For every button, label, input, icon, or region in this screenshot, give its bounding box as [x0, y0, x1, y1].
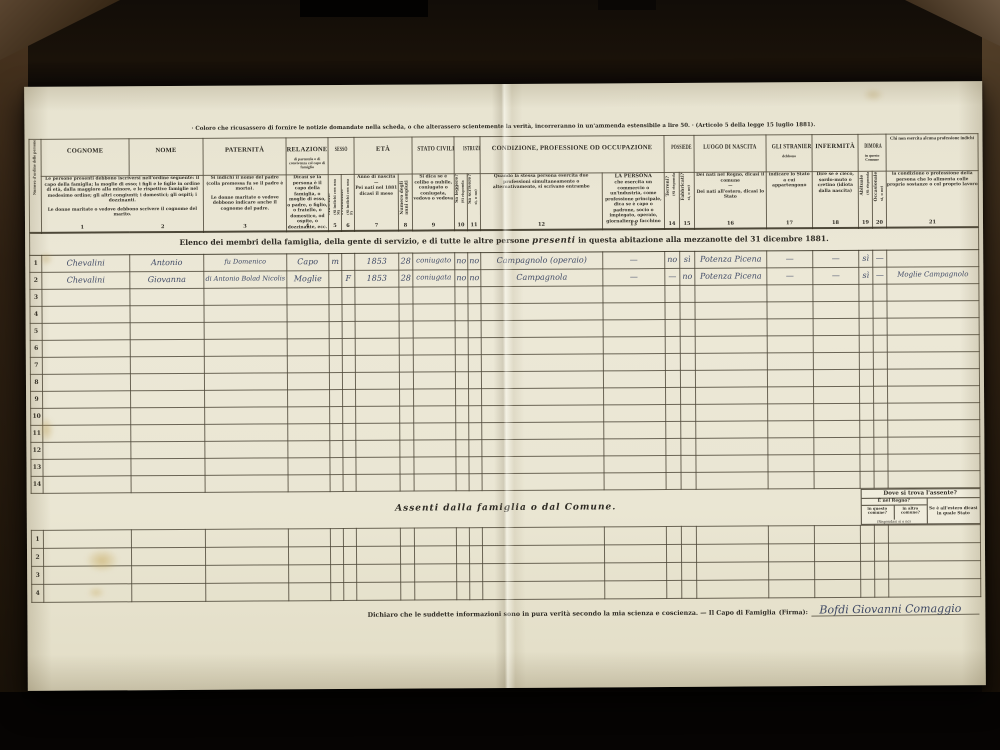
cell-n: 1	[30, 255, 42, 272]
cell-chi	[888, 402, 980, 420]
cell-luogo	[696, 438, 768, 455]
cell-abituale	[860, 471, 874, 488]
cell-occasionale	[874, 420, 888, 437]
cell-nome: Giovanna	[130, 271, 204, 288]
cell-anni	[400, 423, 414, 440]
cell-occasionale	[873, 318, 887, 335]
cell-persona	[604, 421, 666, 438]
cell-empty	[482, 527, 604, 546]
instr-cognome-nome: Le persone presenti debbono iscriversi n…	[41, 175, 203, 232]
cell-stranieri: —	[767, 267, 813, 284]
cell-empty	[415, 563, 457, 581]
cell-condizione	[481, 286, 603, 304]
cell-paternita: di Antonio Bolad Nicolis	[204, 270, 287, 288]
cell-anni	[400, 474, 414, 491]
cell-abituale: sì	[859, 267, 873, 284]
cell-abituale	[860, 437, 874, 454]
instr-abituale: Abituale(Si risponda 19	[858, 171, 872, 228]
cell-fabbricati	[681, 404, 696, 421]
cell-paternita	[204, 372, 287, 390]
cell-paternita	[205, 474, 288, 492]
cell-condizione	[481, 388, 603, 406]
cell-anni	[399, 389, 413, 406]
cell-stranieri	[768, 454, 814, 471]
cell-stranieri	[767, 301, 813, 318]
cell-persona	[604, 455, 666, 472]
cell-f	[343, 440, 356, 457]
cell-stranieri	[767, 352, 813, 369]
cell-empty	[288, 546, 330, 564]
cell-legge	[455, 371, 468, 388]
cell-nome	[130, 339, 204, 356]
instr-luogo-nascita: Dei nati nel Regno, dicasi il comune—Dei…	[694, 172, 766, 229]
cell-infermita: —	[813, 267, 859, 284]
cell-infermita	[813, 318, 859, 335]
cell-n: 8	[30, 374, 42, 391]
cell-terreni	[665, 319, 680, 336]
cell-n: 14	[31, 476, 43, 493]
cell-stranieri	[767, 284, 813, 301]
absent-table: 1234	[31, 524, 981, 603]
cell-n: 1	[31, 530, 43, 548]
cell-stranieri	[768, 420, 814, 437]
cell-empty	[456, 545, 469, 563]
cell-stato	[414, 473, 456, 490]
cell-anno: 1853	[355, 253, 399, 270]
cell-fabbricati: sì	[680, 251, 695, 268]
cell-stato	[413, 286, 455, 303]
cell-relazione	[287, 355, 329, 372]
cell-empty	[414, 545, 456, 563]
cell-empty	[888, 542, 980, 561]
cell-luogo	[695, 285, 767, 302]
cell-luogo	[696, 472, 768, 489]
cell-infermita	[813, 284, 859, 301]
census-rows: 1ChevaliniAntoniofu DomenicoCapom185328c…	[30, 249, 980, 493]
cell-cognome	[42, 305, 130, 323]
cell-nome	[130, 322, 204, 339]
cell-persona	[603, 370, 665, 387]
cell-empty	[483, 563, 605, 582]
cell-anni	[399, 321, 413, 338]
cell-cognome: Chevalini	[42, 254, 130, 272]
cell-empty	[469, 545, 482, 563]
dove-in-altro-comune: in altro comune?	[894, 505, 926, 519]
cell-empty	[456, 527, 469, 545]
cell-stato	[414, 456, 456, 473]
cell-relazione	[287, 304, 329, 321]
cell-empty	[288, 528, 330, 546]
cell-legge	[455, 354, 468, 371]
cell-chi	[887, 300, 979, 318]
cell-stranieri	[768, 386, 814, 403]
cell-condizione: Campagnolo (operaio)	[481, 252, 603, 270]
cell-abituale: sì	[859, 250, 873, 267]
cell-scrive	[469, 439, 482, 456]
cell-anno	[356, 406, 400, 423]
cell-empty	[889, 578, 981, 597]
cell-fabbricati	[681, 472, 696, 489]
cell-condizione	[482, 405, 604, 423]
cell-cognome	[42, 339, 130, 357]
cell-m	[329, 372, 342, 389]
cell-cognome	[43, 424, 131, 442]
cell-terreni	[666, 472, 681, 489]
instr-sa-leggere: Sa leggere?(Si risponda 10	[454, 174, 467, 231]
cell-paternita	[205, 457, 288, 475]
cell-stato	[413, 320, 455, 337]
cell-empty	[131, 547, 205, 565]
cell-empty	[356, 528, 400, 546]
instr-terreni: Terreni?(Si risponda 14	[664, 173, 679, 230]
cell-empty	[400, 528, 414, 546]
cell-abituale	[860, 420, 874, 437]
cell-luogo	[695, 302, 767, 319]
cell-empty	[769, 579, 815, 597]
cell-stato	[414, 405, 456, 422]
cell-m	[329, 321, 342, 338]
cell-terreni	[666, 421, 681, 438]
cell-luogo	[696, 387, 768, 404]
instr-occasionale: Occasionalesì, o no) 20	[872, 171, 886, 228]
cell-infermita	[813, 301, 859, 318]
cell-occasionale: —	[873, 250, 887, 267]
cell-anni	[400, 440, 414, 457]
cell-fabbricati	[680, 336, 695, 353]
cell-anno	[356, 440, 400, 457]
cell-legge	[456, 456, 469, 473]
cell-luogo	[696, 404, 768, 421]
cell-empty	[206, 582, 289, 601]
cell-luogo	[695, 319, 767, 336]
cell-chi	[887, 283, 979, 301]
cell-infermita	[814, 471, 860, 488]
cell-empty	[667, 562, 682, 580]
cell-stato	[413, 388, 455, 405]
cell-infermita: —	[813, 250, 859, 267]
cell-empty	[470, 581, 483, 599]
cell-empty	[43, 529, 131, 548]
cell-condizione	[482, 473, 604, 491]
cell-scrive	[468, 303, 481, 320]
cell-n: 3	[30, 289, 42, 306]
instr-relazione: Dicasi se la persona è il capo della fam…	[286, 175, 328, 232]
instr-anni-compiuti: Numero degli anni compiuti 8	[398, 174, 412, 231]
cell-empty	[682, 580, 697, 598]
cell-paternita	[205, 440, 288, 458]
instr-paternita: Si indichi il nome del padre (colla prem…	[203, 175, 286, 232]
cell-empty	[401, 582, 415, 600]
cell-empty	[697, 580, 769, 598]
cell-empty	[43, 547, 131, 566]
cell-occasionale	[873, 335, 887, 352]
cell-paternita	[205, 423, 288, 441]
cell-stranieri: —	[767, 250, 813, 267]
cell-n: 4	[30, 306, 42, 323]
cell-empty	[44, 565, 132, 584]
cell-empty	[768, 543, 814, 561]
cell-stato: coniugato	[413, 252, 455, 269]
cell-empty	[861, 579, 875, 597]
cell-abituale	[860, 386, 874, 403]
cell-legge: no	[455, 252, 468, 269]
cell-terreni	[665, 353, 680, 370]
cell-persona	[603, 353, 665, 370]
cell-persona	[604, 404, 666, 421]
cell-cognome	[42, 373, 130, 391]
cell-cognome	[43, 475, 131, 493]
cell-empty	[457, 581, 470, 599]
cell-f	[342, 287, 355, 304]
cell-m	[330, 440, 343, 457]
cell-cognome	[42, 322, 130, 340]
col-header-stato-civile: STATO CIVILE	[412, 137, 454, 174]
col-header-infermita: INFERMITÀ	[812, 134, 858, 171]
cell-relazione: Capo	[287, 253, 329, 270]
cell-fabbricati	[680, 353, 695, 370]
cell-abituale	[859, 318, 873, 335]
cell-legge	[456, 422, 469, 439]
instr-sa-scrivere: Sa scrivere?sì, o no) 11	[467, 174, 480, 231]
col-header-condizione: CONDIZIONE, PROFESSIONE OD OCCUPAZIONE	[480, 136, 664, 174]
cell-m	[329, 338, 342, 355]
cell-scrive	[468, 337, 481, 354]
census-form-sheet: · Coloro che ricusassero di fornire le n…	[24, 81, 986, 691]
cell-nome	[131, 407, 205, 424]
cell-anno	[355, 287, 399, 304]
cell-persona	[604, 438, 666, 455]
cell-legge: no	[455, 269, 468, 286]
cell-empty	[414, 527, 456, 545]
cell-fabbricati	[680, 285, 695, 302]
cell-terreni	[666, 438, 681, 455]
cell-occasionale	[873, 352, 887, 369]
cell-empty	[344, 582, 357, 600]
instr-sesso-maschile: Maschile(Si indichi con una M) 5	[328, 175, 341, 232]
cell-f	[342, 304, 355, 321]
cell-paternita	[204, 355, 287, 373]
cell-terreni	[665, 370, 680, 387]
cell-f	[342, 338, 355, 355]
background-shadow	[0, 0, 1000, 86]
cell-relazione	[288, 406, 330, 423]
cell-empty	[696, 544, 768, 562]
cell-n: 11	[31, 425, 43, 442]
cell-n: 12	[31, 442, 43, 459]
cell-persona	[603, 285, 665, 302]
cell-empty	[205, 546, 288, 565]
cell-paternita	[204, 304, 287, 322]
cell-scrive	[469, 473, 482, 490]
cell-n: 13	[31, 459, 43, 476]
cell-anno	[355, 372, 399, 389]
cell-fabbricati	[680, 302, 695, 319]
cell-nome	[130, 288, 204, 305]
cell-empty	[289, 564, 331, 582]
dove-regno-column: È nel Regno? in questo comune? in altro …	[861, 498, 927, 523]
cell-fabbricati	[680, 319, 695, 336]
backdrop-notch	[598, 0, 656, 10]
instr-infermita: Dire se è cieco, sordo-muto o cretino (i…	[812, 171, 858, 228]
cell-legge	[455, 388, 468, 405]
cell-nome: Antonio	[130, 254, 204, 271]
cell-f	[342, 321, 355, 338]
cell-m	[330, 457, 343, 474]
cell-n: 2	[30, 272, 42, 289]
cell-f	[343, 406, 356, 423]
cell-empty	[604, 526, 666, 544]
cell-empty	[206, 564, 289, 583]
paper-stain	[862, 88, 884, 102]
cell-f	[343, 474, 356, 491]
cell-cognome	[43, 407, 131, 425]
cell-empty	[343, 528, 356, 546]
cell-empty	[889, 560, 981, 579]
cell-occasionale	[874, 454, 888, 471]
col-header-istruzione: ISTRUZIONE	[454, 137, 480, 174]
cell-relazione	[287, 372, 329, 389]
declaration-line: Dichiaro che le suddette informazioni so…	[32, 603, 981, 621]
cell-empty	[681, 544, 696, 562]
cell-scrive	[468, 388, 481, 405]
instr-condizione: Quando la stessa persona esercita due pr…	[480, 173, 602, 230]
cell-abituale	[859, 301, 873, 318]
cell-anno	[355, 321, 399, 338]
cell-empty	[667, 580, 682, 598]
cell-infermita	[814, 454, 860, 471]
declaration-text: Dichiaro che le suddette informazioni so…	[368, 609, 776, 618]
cell-empty	[604, 544, 666, 562]
cell-anni	[399, 287, 413, 304]
cell-condizione	[482, 439, 604, 457]
cell-terreni	[666, 404, 681, 421]
cell-persona: —	[603, 251, 665, 268]
cell-stranieri	[767, 335, 813, 352]
cell-f	[342, 389, 355, 406]
cell-persona	[603, 302, 665, 319]
cell-occasionale	[873, 369, 887, 386]
cell-persona	[603, 387, 665, 404]
cell-condizione: Campagnola	[481, 269, 603, 287]
cell-scrive	[468, 371, 481, 388]
col-header-chi-non-esercita: Chi non esercita alcuna professione indi…	[886, 134, 978, 172]
cell-relazione	[288, 440, 330, 457]
cell-scrive	[468, 286, 481, 303]
cell-empty	[681, 526, 696, 544]
cell-scrive: no	[468, 252, 481, 269]
cell-nome	[131, 475, 205, 492]
cell-cognome	[43, 441, 131, 459]
cell-scrive	[469, 456, 482, 473]
cell-anni	[399, 372, 413, 389]
dove-in-questo-comune: in questo comune?	[861, 505, 894, 519]
cell-empty	[289, 582, 331, 600]
cell-terreni	[665, 302, 680, 319]
cell-stato	[414, 439, 456, 456]
col-header-possiede: POSSIEDE	[664, 135, 694, 172]
cell-empty	[356, 546, 400, 564]
cell-fabbricati	[681, 421, 696, 438]
cell-cognome	[42, 288, 130, 306]
cell-infermita	[814, 403, 860, 420]
cell-n: 5	[30, 323, 42, 340]
cell-occasionale: —	[873, 267, 887, 284]
cell-empty	[470, 563, 483, 581]
cell-empty	[605, 580, 667, 598]
cell-cognome	[43, 458, 131, 476]
cell-cognome	[42, 390, 130, 408]
cell-occasionale	[873, 301, 887, 318]
cell-scrive	[468, 320, 481, 337]
cell-chi	[887, 334, 979, 352]
cell-m	[330, 474, 343, 491]
cell-luogo	[696, 421, 768, 438]
cell-empty	[814, 525, 860, 543]
cell-empty	[860, 525, 874, 543]
cell-f	[343, 423, 356, 440]
cell-nome	[130, 390, 204, 407]
cell-empty	[44, 583, 132, 602]
cell-nome	[130, 373, 204, 390]
cell-legge	[456, 473, 469, 490]
cell-persona: —	[603, 268, 665, 285]
cell-stranieri	[768, 471, 814, 488]
cell-paternita	[204, 287, 287, 305]
cell-empty	[769, 561, 815, 579]
cell-empty	[875, 579, 889, 597]
cell-occasionale	[874, 437, 888, 454]
census-table: Numero d'ordine delle persone COGNOME NO…	[28, 133, 980, 493]
cell-f	[342, 355, 355, 372]
cell-occasionale	[874, 403, 888, 420]
cell-scrive	[468, 354, 481, 371]
col-header-dimora: DIMORAin questo Comune	[858, 134, 886, 171]
photo-backdrop: · Coloro che ricusassero di fornire le n…	[0, 0, 1000, 750]
col-header-paternita: PATERNITÀ	[203, 138, 286, 176]
cell-empty	[696, 526, 768, 544]
cell-empty	[875, 561, 889, 579]
cell-luogo	[695, 353, 767, 370]
cell-anno: 1853	[355, 270, 399, 287]
cell-luogo	[695, 370, 767, 387]
cell-empty	[697, 562, 769, 580]
cell-fabbricati	[680, 370, 695, 387]
dove-note: (Rispondasi sì o no)	[861, 519, 926, 523]
cell-abituale	[859, 335, 873, 352]
cell-anno	[355, 355, 399, 372]
penalty-notice: · Coloro che ricusassero di fornire le n…	[53, 121, 953, 134]
cell-f	[342, 372, 355, 389]
cell-condizione	[482, 422, 604, 440]
cell-stato	[413, 337, 455, 354]
col-header-nome: NOME	[129, 138, 203, 175]
cell-chi	[887, 317, 979, 335]
cell-chi	[887, 249, 979, 267]
cell-anni	[400, 457, 414, 474]
cell-stranieri	[767, 369, 813, 386]
cell-m	[329, 355, 342, 372]
cell-relazione: Moglie	[287, 270, 329, 287]
cell-anno	[355, 304, 399, 321]
cell-scrive	[469, 405, 482, 422]
cell-occasionale	[874, 471, 888, 488]
cell-anno	[356, 423, 400, 440]
cell-empty	[343, 546, 356, 564]
cell-cognome	[42, 356, 130, 374]
col-header-eta: ETÀ	[354, 137, 412, 174]
cell-fabbricati	[680, 387, 695, 404]
cell-n: 6	[30, 340, 42, 357]
